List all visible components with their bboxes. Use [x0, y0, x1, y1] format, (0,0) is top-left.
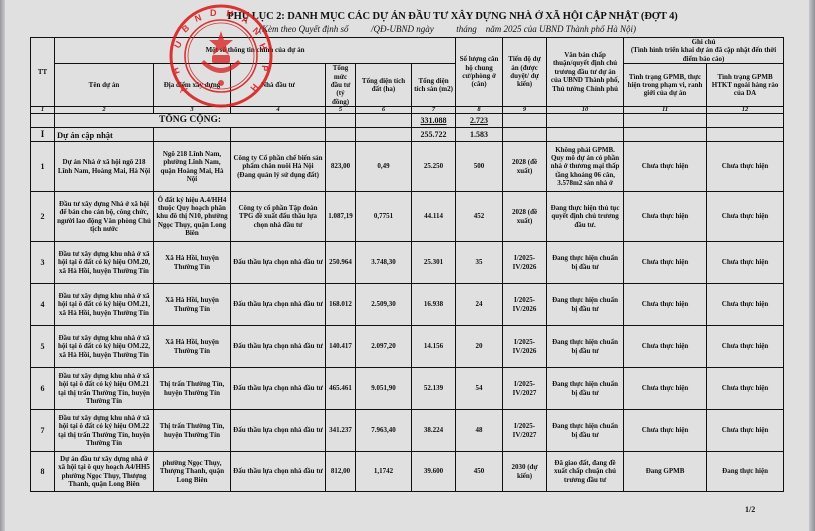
total-investment: 168.012	[326, 284, 356, 326]
header-investor: Nhà đầu tư	[231, 64, 326, 107]
units-count: 35	[456, 242, 503, 284]
header-units: Số lượng căn hộ chung cư/phòng ở (căn)	[456, 38, 503, 107]
total-label: TỔNG CỘNG:	[55, 114, 326, 128]
floor-area: 16.938	[412, 284, 456, 326]
left-window-edge	[0, 0, 5, 531]
floor-area: 44.114	[412, 192, 456, 242]
land-area: 2.509,30	[356, 284, 412, 326]
units-count: 48	[456, 410, 503, 452]
clearance-in-scope: Chưa thực hiện	[624, 192, 707, 242]
header-tt: TT	[31, 38, 55, 107]
total-investment: 465.461	[326, 368, 356, 410]
land-area: 0,7751	[356, 192, 412, 242]
total-investment: 140.417	[326, 326, 356, 368]
column-number: 9	[503, 107, 547, 114]
land-area: 9.051,90	[356, 368, 412, 410]
total-tt	[31, 114, 55, 128]
land-area: 1,1742	[356, 452, 412, 492]
total-investment: 341.237	[326, 410, 356, 452]
schedule: I/2025-IV/2026	[503, 242, 547, 284]
land-area: 3.748,30	[356, 242, 412, 284]
table-row: 6Đầu tư xây dựng khu nhà ở xã hội tại ô …	[31, 368, 784, 410]
right-scrollbar[interactable]	[809, 0, 815, 531]
approval-doc: Đang thực hiện chuẩn bị đầu tư	[547, 326, 624, 368]
units-count: 500	[456, 142, 503, 192]
project-location: Xã Hà Hồi, huyện Thường Tín	[154, 242, 231, 284]
section-empty-cell	[707, 128, 784, 142]
schedule: I/2025-IV/2026	[503, 326, 547, 368]
clearance-in-scope: Chưa thực hiện	[624, 410, 707, 452]
project-investor: Công ty cổ phần Tập đoàn TPG đề xuất đấu…	[231, 192, 326, 242]
column-number: 1	[31, 107, 55, 114]
row-tt: 6	[31, 368, 55, 410]
section-empty-cell	[326, 128, 356, 142]
section-row: I Dự án cập nhật 255.722 1.583	[31, 128, 784, 142]
total-empty-cell	[326, 114, 356, 128]
section-floor-area: 255.722	[412, 128, 456, 142]
project-investor: Đấu thầu lựa chọn nhà đầu tư	[231, 242, 326, 284]
table-row: 4Đầu tư xây dựng khu nhà ở xã hội tại ô …	[31, 284, 784, 326]
row-tt: 4	[31, 284, 55, 326]
row-tt: 1	[31, 142, 55, 192]
clearance-in-scope: Chưa thực hiện	[624, 326, 707, 368]
section-empty-cell	[547, 128, 624, 142]
schedule: I/2025-IV/2026	[503, 284, 547, 326]
table-row: 8Dự án đầu tư xây dựng nhà ở xã hội tại …	[31, 452, 784, 492]
approval-doc: Đang thực hiện chuẩn bị đầu tư	[547, 368, 624, 410]
approval-doc: Đã giao đất, đang đề xuất chấp chuận chủ…	[547, 452, 624, 492]
project-name: Dự án Nhà ở xã hội ngõ 218 Lĩnh Nam, Hoà…	[55, 142, 154, 192]
total-investment: 812,00	[326, 452, 356, 492]
project-location: Ngõ 218 Lĩnh Nam, phường Lĩnh Nam, quận …	[154, 142, 231, 192]
floor-area: 25.250	[412, 142, 456, 192]
header-total-investment: Tổng mức đầu tư (tỷ đồng)	[326, 64, 356, 107]
floor-area: 38.224	[412, 410, 456, 452]
section-empty-cell	[503, 128, 547, 142]
total-investment: 823,00	[326, 142, 356, 192]
clearance-outside: Chưa thực hiện	[707, 410, 784, 452]
approval-doc: Không phải GPMB. Quy mô dự án có phần nh…	[547, 142, 624, 192]
schedule: 2028 (đề xuất)	[503, 192, 547, 242]
table-row: 5Đầu tư xây dựng khu nhà ở xã hội tại ô …	[31, 326, 784, 368]
total-investment: 1.087,19	[326, 192, 356, 242]
row-tt: 3	[31, 242, 55, 284]
row-tt: 8	[31, 452, 55, 492]
project-location: Thị trấn Thường Tín, huyện Thường Tín	[154, 410, 231, 452]
row-tt: 2	[31, 192, 55, 242]
total-investment: 250.964	[326, 242, 356, 284]
units-count: 452	[456, 192, 503, 242]
clearance-outside: Chưa thực hiện	[707, 192, 784, 242]
header-group-project-info: Một số thông tin chính của dự án	[55, 38, 456, 64]
total-empty-cell	[707, 114, 784, 128]
column-number: 10	[547, 107, 624, 114]
total-empty-cell	[356, 114, 412, 128]
total-empty-cell	[503, 114, 547, 128]
page-number: 1/2	[745, 505, 755, 514]
project-name: Dự án đầu tư xây dựng nhà ở xã hội tại ô…	[55, 452, 154, 492]
approval-doc: Đang thực hiện chuẩn bị đầu tư	[547, 284, 624, 326]
column-number: 3	[154, 107, 231, 114]
column-number: 5	[326, 107, 356, 114]
clearance-outside: Chưa thực hiện	[707, 368, 784, 410]
project-investor: Đấu thầu lựa chọn nhà đầu tư	[231, 326, 326, 368]
land-area: 2.097,20	[356, 326, 412, 368]
project-name: Đầu tư xây dựng khu nhà ở xã hội tại ô đ…	[55, 326, 154, 368]
total-empty-cell	[624, 114, 707, 128]
project-location: Xã Hà Hồi, huyện Thường Tín	[154, 326, 231, 368]
column-number-row: 123456789101112	[31, 107, 784, 114]
document-title: PHỤ LỤC 2: DANH MỤC CÁC DỰ ÁN ĐẦU TƯ XÂY…	[0, 11, 815, 22]
clearance-in-scope: Chưa thực hiện	[624, 242, 707, 284]
schedule: 2030 (dự kiến)	[503, 452, 547, 492]
project-investor: Công ty Cổ phần chế biến sản phẩm chăn n…	[231, 142, 326, 192]
column-number: 2	[55, 107, 154, 114]
section-empty-cell	[624, 128, 707, 142]
project-investor: Đấu thầu lựa chọn nhà đầu tư	[231, 368, 326, 410]
header-notes-subtitle: (Tình hình triển khai dự án đã cập nhật …	[631, 46, 776, 62]
clearance-outside: Đang thực hiện	[707, 452, 784, 492]
clearance-outside: Chưa thực hiện	[707, 242, 784, 284]
header-notes-title: Ghi chú	[692, 38, 716, 46]
header-land-area: Tổng diện tích đất (ha)	[356, 64, 412, 107]
project-location: Thị trấn Thường Tín, huyện Thường Tín	[154, 368, 231, 410]
project-name: Đầu tư xây dựng khu nhà ở xã hội tại ô đ…	[55, 410, 154, 452]
units-count: 54	[456, 368, 503, 410]
header-floor-area: Tổng diện tích sàn (m2)	[412, 64, 456, 107]
project-investor: Đấu thầu lựa chọn nhà đầu tư	[231, 452, 326, 492]
clearance-in-scope: Chưa thực hiện	[624, 142, 707, 192]
clearance-outside: Chưa thực hiện	[707, 326, 784, 368]
clearance-in-scope: Chưa thực hiện	[624, 284, 707, 326]
approval-doc: Đang thực hiện chuẩn bị đầu tư	[547, 410, 624, 452]
floor-area: 25.301	[412, 242, 456, 284]
column-number: 6	[356, 107, 412, 114]
schedule: I/2025-IV/2027	[503, 410, 547, 452]
section-tt: I	[31, 128, 55, 142]
header-clearance-outside: Tình trạng GPMB HTKT ngoài hàng rào của …	[707, 64, 784, 107]
header-project-name: Tên dự án	[55, 64, 154, 107]
table-row: 1Dự án Nhà ở xã hội ngõ 218 Lĩnh Nam, Ho…	[31, 142, 784, 192]
approval-doc: Đang thực hiện thủ tục quyết định chủ tr…	[547, 192, 624, 242]
project-name: Đầu tư xây dựng Nhà ở xã hội để bán cho …	[55, 192, 154, 242]
project-investor: Đấu thầu lựa chọn nhà đầu tư	[231, 410, 326, 452]
schedule: I/2025-IV/2027	[503, 368, 547, 410]
table-row: 2Đầu tư xây dựng Nhà ở xã hội để bán cho…	[31, 192, 784, 242]
project-location: Ô đất ký hiệu A.4/HH4 thuộc Quy hoạch ph…	[154, 192, 231, 242]
header-clearance-in-scope: Tình trạng GPMB, thực hiện trong phạm vi…	[624, 64, 707, 107]
land-area: 7.963,40	[356, 410, 412, 452]
floor-area: 52.139	[412, 368, 456, 410]
floor-area: 14.156	[412, 326, 456, 368]
column-number: 4	[231, 107, 326, 114]
clearance-in-scope: Chưa thực hiện	[624, 368, 707, 410]
section-empty-cell	[356, 128, 412, 142]
project-location: Xã Hà Hồi, huyện Thường Tín	[154, 284, 231, 326]
total-row: TỔNG CỘNG: 331.088 2.723	[31, 114, 784, 128]
document-subtitle: (Kèm theo Quyết định số /QĐ-UBND ngày th…	[0, 24, 815, 34]
header-approval-doc: Văn bản chấp thuận/quyết định chủ trương…	[547, 38, 624, 107]
floor-area: 39.600	[412, 452, 456, 492]
approval-doc: Đang thực hiện chuẩn bị đầu tư	[547, 242, 624, 284]
project-name: Đầu tư xây dựng khu nhà ở xã hội tại ô đ…	[55, 284, 154, 326]
section-empty-cell	[231, 128, 326, 142]
clearance-outside: Chưa thực hiện	[707, 284, 784, 326]
column-number: 12	[707, 107, 784, 114]
row-tt: 7	[31, 410, 55, 452]
clearance-in-scope: Đang GPMB	[624, 452, 707, 492]
project-table: TT Một số thông tin chính của dự án Số l…	[30, 37, 784, 492]
column-number: 7	[412, 107, 456, 114]
header-notes-group: Ghi chú (Tình hình triển khai dự án đã c…	[624, 38, 784, 64]
section-units: 1.583	[456, 128, 503, 142]
header-schedule: Tiến độ dự án (được duyệt/ dự kiến)	[503, 38, 547, 107]
total-units: 2.723	[456, 114, 503, 128]
schedule: 2028 (đề xuất)	[503, 142, 547, 192]
table-row: 3Đầu tư xây dựng khu nhà ở xã hội tại ô …	[31, 242, 784, 284]
column-number: 8	[456, 107, 503, 114]
clearance-outside: Chưa thực hiện	[707, 142, 784, 192]
section-label: Dự án cập nhật	[55, 128, 154, 142]
units-count: 20	[456, 326, 503, 368]
total-floor-area: 331.088	[412, 114, 456, 128]
land-area: 0,49	[356, 142, 412, 192]
total-empty-cell	[547, 114, 624, 128]
row-tt: 5	[31, 326, 55, 368]
section-empty-cell	[154, 128, 231, 142]
units-count: 24	[456, 284, 503, 326]
project-location: phường Ngọc Thụy, Thượng Thanh, quận Lon…	[154, 452, 231, 492]
units-count: 450	[456, 452, 503, 492]
project-name: Đầu tư xây dựng khu nhà ở xã hội tại ô đ…	[55, 368, 154, 410]
project-name: Đầu tư xây dựng khu nhà ở xã hội tại ô đ…	[55, 242, 154, 284]
header-location: Địa điểm xây dựng	[154, 64, 231, 107]
project-investor: Đấu thầu lựa chọn nhà đầu tư	[231, 284, 326, 326]
column-number: 11	[624, 107, 707, 114]
table-row: 7Đầu tư xây dựng khu nhà ở xã hội tại ô …	[31, 410, 784, 452]
